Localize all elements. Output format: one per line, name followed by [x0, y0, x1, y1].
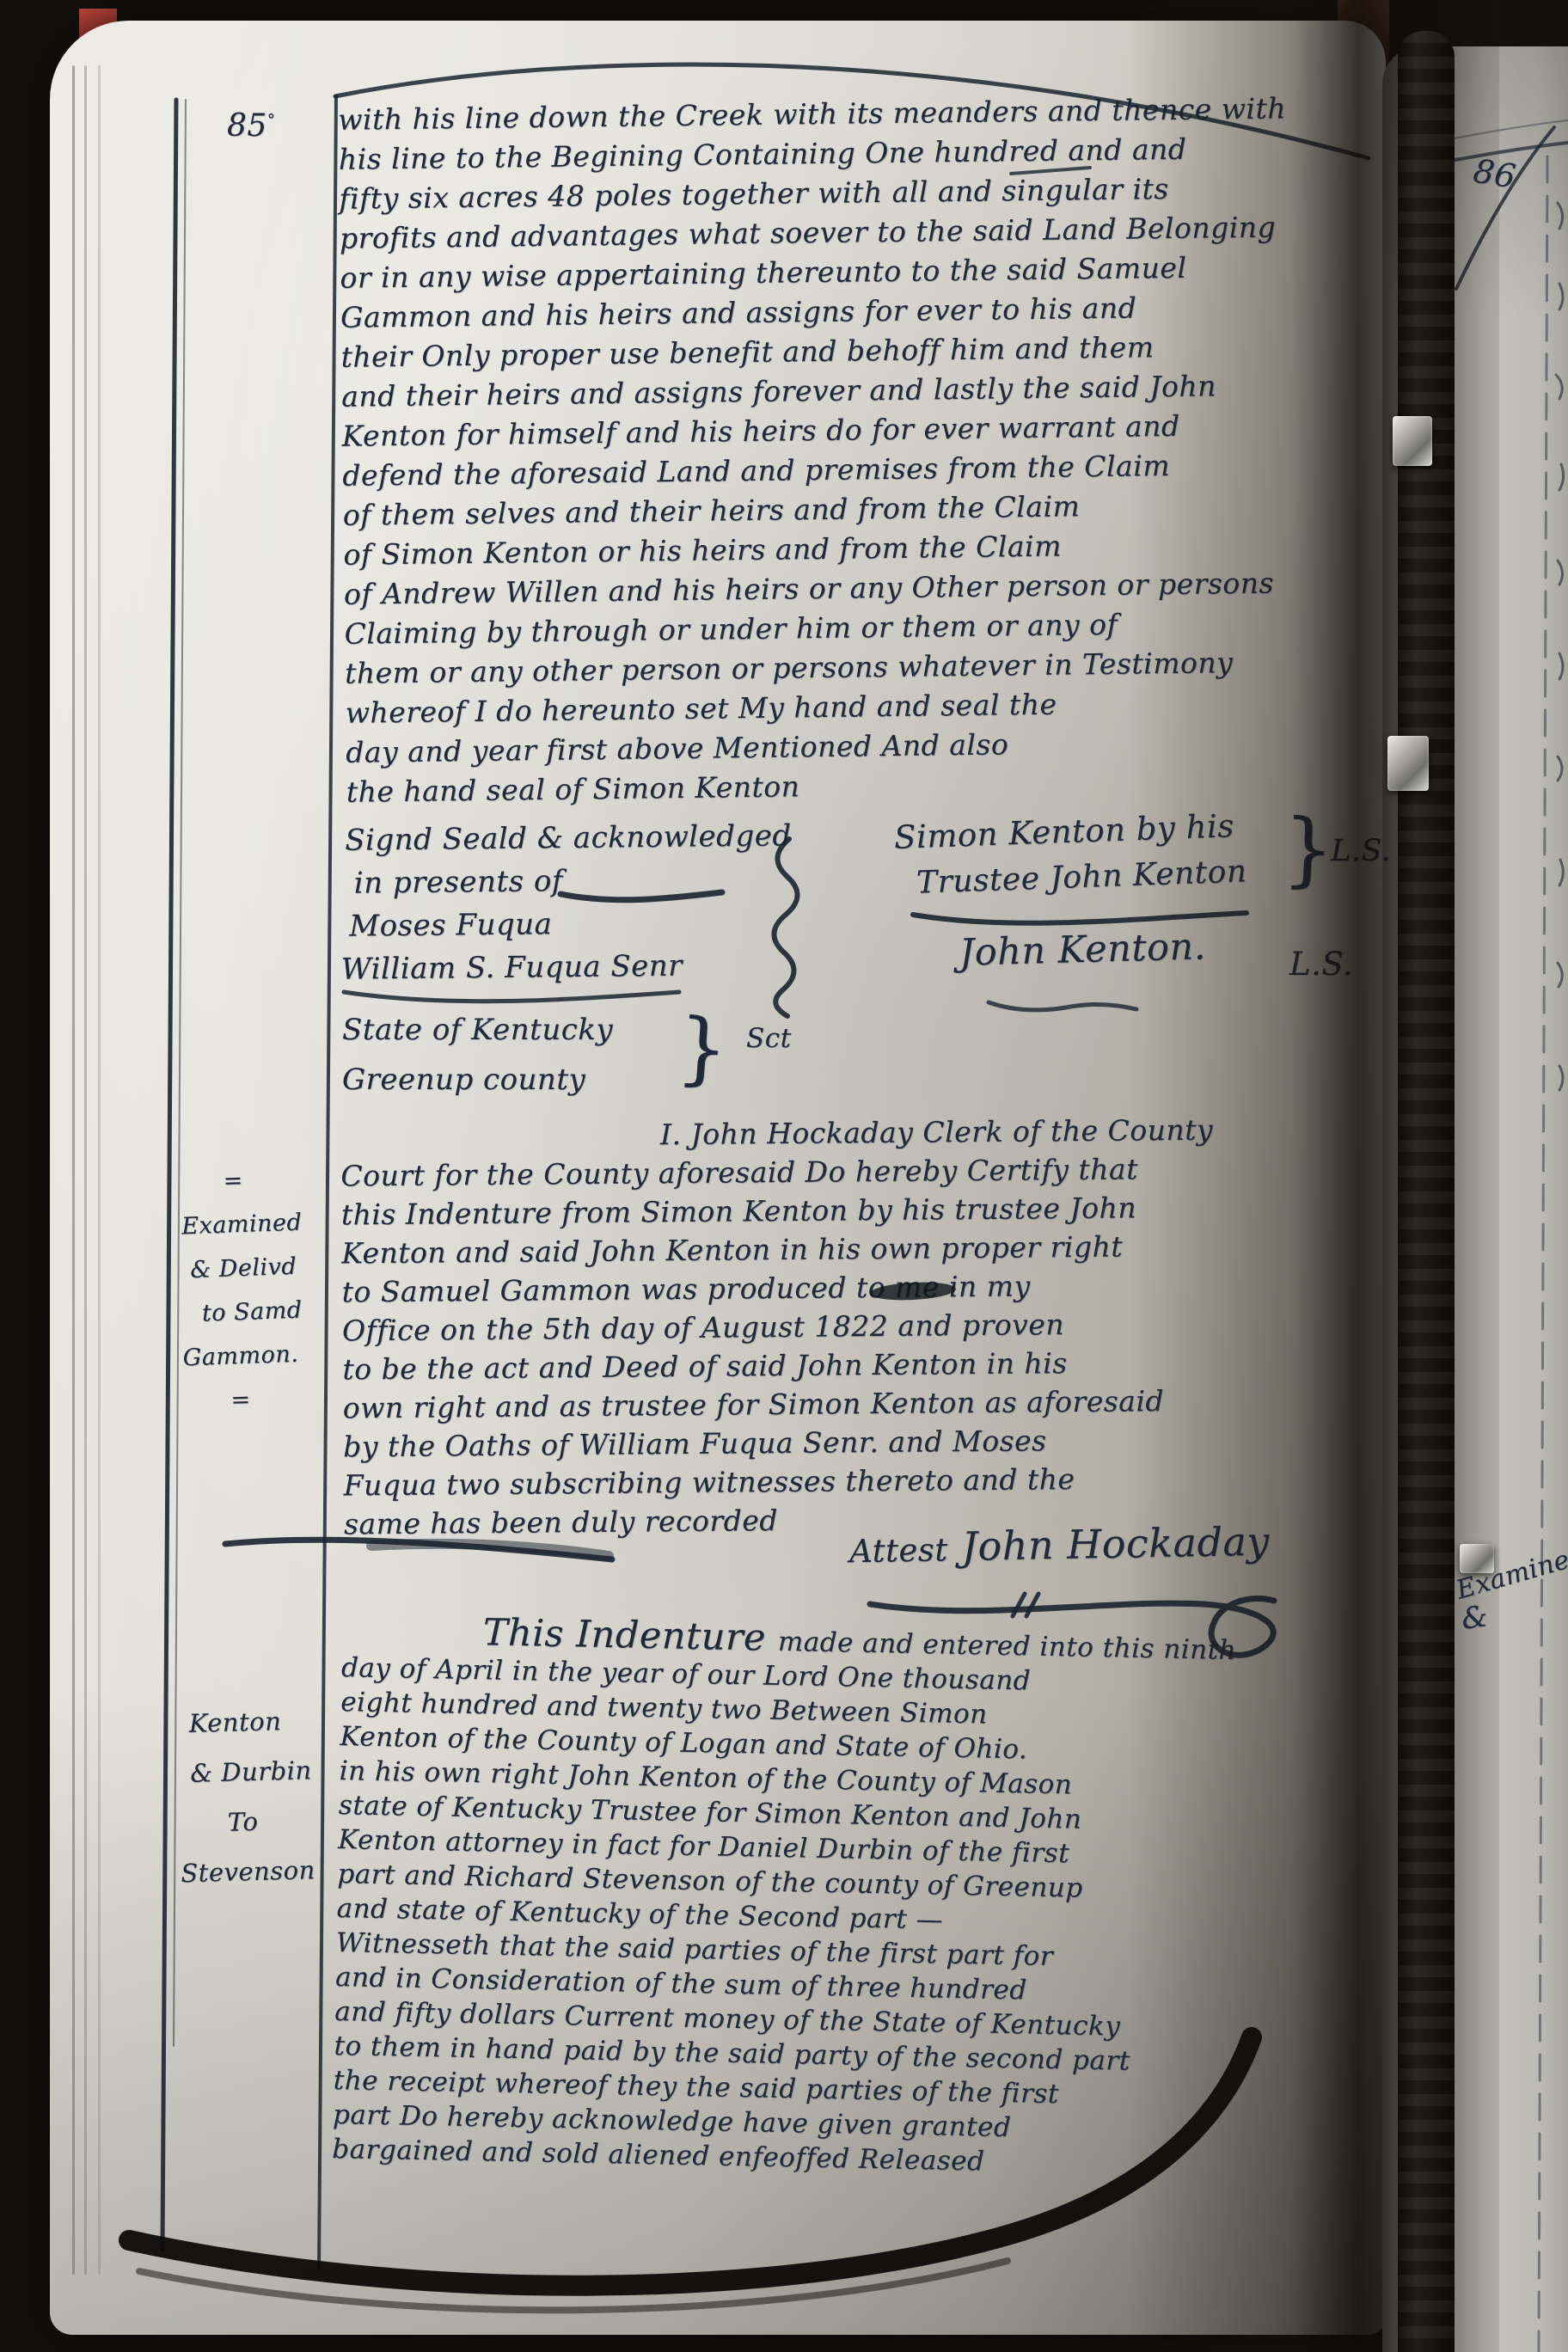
- seal-ls: L.S.: [1331, 834, 1391, 868]
- witness-attestation-block: Signd Seald & acknowledged in presents o…: [345, 814, 793, 990]
- seal-brace: }: [1281, 802, 1336, 897]
- witness-signature: Moses Fuqua: [349, 900, 793, 947]
- clerk-certificate-text: I. John Hockaday Clerk of the County Cou…: [340, 1111, 1216, 1544]
- margin-note-line: & Durbin: [190, 1745, 314, 1798]
- manuscript-line: own right and as trustee for Simon Kento…: [343, 1381, 1216, 1428]
- margin-note-line: Examined: [181, 1201, 303, 1249]
- margin-note-line: =: [230, 1375, 309, 1422]
- clerk-signature-john-hockaday: John Hockaday: [961, 1518, 1270, 1570]
- witness-signature: William S. Fuqua Senr: [341, 943, 793, 990]
- manuscript-line: Kenton and said John Kenton in his own p…: [341, 1227, 1214, 1273]
- attest-label: Attest: [849, 1531, 948, 1570]
- right-page-examined-mark: &: [1459, 1599, 1490, 1637]
- jurat-state: State of Kentucky: [342, 1013, 613, 1047]
- indenture-opening-words: This Indenture: [482, 1611, 766, 1659]
- signature-john-kenton: John Kenton.: [959, 925, 1206, 974]
- deed-conclusion-text: with his line down the Creek with its me…: [338, 89, 1295, 812]
- seal-ls: L.S.: [1289, 946, 1353, 983]
- binding-tape: [1398, 31, 1455, 2352]
- margin-note-line: to Samd: [201, 1288, 306, 1335]
- second-indenture-text: This Indenturemade and entered into this…: [332, 1613, 1237, 2184]
- manuscript-line: I. John Hockaday Clerk of the County: [660, 1111, 1213, 1155]
- left-page-number: 85°: [227, 108, 275, 144]
- margin-note-line: Stevenson: [181, 1845, 316, 1898]
- right-page-number: 86: [1471, 151, 1519, 195]
- margin-note-parties-index: Kenton & Durbin To Stevenson: [188, 1695, 315, 1898]
- jurat-brace: }: [674, 1001, 731, 1096]
- margin-note-line: Gammon.: [182, 1332, 308, 1380]
- photo-of-open-deed-book: 85° = Examined & Delivd to Samd Gammon. …: [0, 0, 1568, 2352]
- attest-block: AttestJohn Hockaday: [849, 1518, 1271, 1572]
- binder-clasp: [1460, 1544, 1494, 1573]
- page-number-mark: °: [267, 111, 276, 129]
- page-number-text: 85: [227, 108, 267, 144]
- margin-note-line: & Delivd: [189, 1244, 304, 1292]
- binder-clasp: [1387, 736, 1429, 791]
- margin-note-line: =: [223, 1157, 302, 1204]
- binder-clasp: [1393, 416, 1432, 466]
- manuscript-line: Signd Seald & acknowledged: [345, 814, 792, 861]
- jurat-sct-abbrev: Sct: [746, 1023, 792, 1054]
- margin-note-examined: = Examined & Delivd to Samd Gammon. =: [175, 1157, 309, 1424]
- manuscript-line: in presents of: [353, 857, 792, 904]
- jurat-county: Greenup county: [342, 1063, 585, 1097]
- margin-note-line: To: [227, 1795, 315, 1847]
- margin-note-line: Kenton: [188, 1695, 312, 1749]
